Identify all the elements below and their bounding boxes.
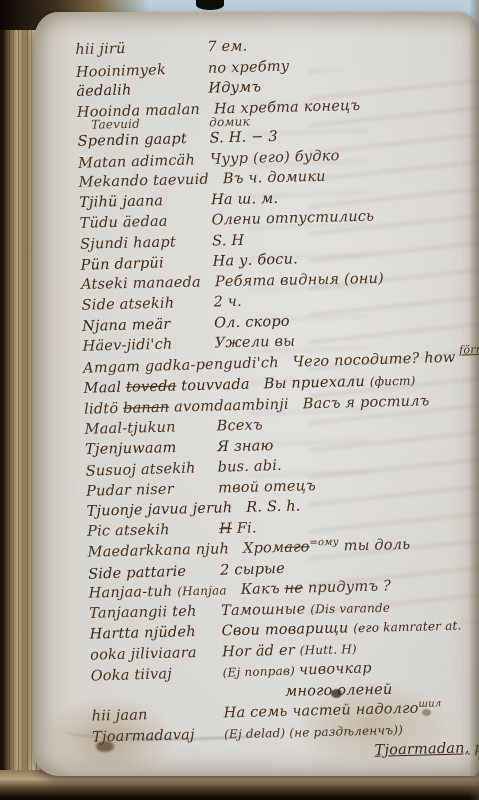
text-segment: аго xyxy=(284,539,310,556)
text-segment: Susuoj atsekih xyxy=(85,460,195,479)
word-original: Tanjaangii teh xyxy=(89,601,207,624)
text-segment: S. H. − 3 xyxy=(209,129,278,147)
text-segment: Tjoarmadavaj xyxy=(92,727,195,746)
text-segment: Matan adimcäh xyxy=(78,152,195,171)
word-gloss: Чуур (его) будко xyxy=(210,146,340,170)
word-original: Tüdu äedaa xyxy=(79,211,197,234)
text-segment: твой отецъ xyxy=(218,478,316,496)
word-gloss: bus. abi. xyxy=(217,456,282,478)
text-segment: lidtö xyxy=(84,400,123,417)
text-segment: Hartta njüdeh xyxy=(89,624,195,643)
word-gloss: Идумъ xyxy=(208,77,261,99)
word-gloss: много оленей xyxy=(285,679,393,702)
text-segment: 2 сырые xyxy=(220,560,285,578)
text-segment: Tjihü jaana xyxy=(79,193,163,211)
text-segment: 7 ем. xyxy=(207,39,247,56)
word-gloss: 2 ч. xyxy=(213,292,242,313)
text-segment: Ужели вы xyxy=(214,334,295,352)
word-original: Häev-jidi'ch xyxy=(82,334,200,357)
text-segment: Ребята видныя (они) xyxy=(215,270,384,289)
text-segment: Häev-jidi'ch xyxy=(82,337,172,355)
text-segment: (фист) xyxy=(370,374,416,389)
text-segment: Tjenjuwaam xyxy=(85,440,177,458)
text-segment: Njana meär xyxy=(82,316,171,334)
page-edge-right-shadow xyxy=(469,0,479,800)
text-segment: (Hanjaa xyxy=(177,583,227,598)
text-segment: чивочкар xyxy=(299,660,372,678)
text-segment: Идумъ xyxy=(208,79,261,96)
text-segment: Pudar niser xyxy=(86,481,174,499)
word-gloss: твой отецъ xyxy=(218,476,316,499)
text-segment: Maal xyxy=(83,380,126,397)
handwritten-entries: hii jirü 7 ем. Hooinimyek по хребту äeda… xyxy=(75,31,479,768)
text-segment: по хребту xyxy=(208,58,290,76)
word-original: Atseki manaeda xyxy=(81,272,201,295)
text-segment: Всехъ xyxy=(216,417,263,434)
text-segment: придутъ ? xyxy=(303,578,391,596)
text-segment: Maedarkkana njuh xyxy=(87,541,229,560)
word-gloss: Тамошные (Dis varande xyxy=(221,597,390,621)
word-original: Hooinimyek xyxy=(76,59,195,83)
word-gloss: домик xyxy=(209,116,250,129)
text-segment: touvvada xyxy=(176,377,250,395)
text-segment: Amgam gadka-pengudi'ch xyxy=(83,354,279,376)
word-gloss: Ол. скоро xyxy=(214,311,290,333)
word-gloss: H Fi. xyxy=(219,518,257,539)
text-segment: На у. боси. xyxy=(212,251,298,270)
text-segment: домик xyxy=(209,115,250,130)
text-segment: Hanjaa-tuh xyxy=(88,584,177,602)
text-segment: ты доль xyxy=(339,537,411,555)
text-segment: (его kamrater at. xyxy=(353,619,462,636)
word-original: Hartta njüdeh xyxy=(89,622,207,645)
text-segment: banan xyxy=(123,399,170,416)
text-segment: (Ej delad) (не раздѣленчъ)) xyxy=(224,723,403,741)
word-original: Maedarkkana njuh xyxy=(87,539,229,563)
text-segment: Тамошные xyxy=(221,601,310,619)
word-original: Sjundi haapt xyxy=(80,231,198,254)
text-segment: toveda xyxy=(126,378,177,395)
word-gloss: R. S. h. xyxy=(246,496,301,518)
text-segment: Tanjaangii teh xyxy=(89,603,197,621)
text-segment: Tjuonje javua jeruh xyxy=(86,500,232,520)
text-segment: R. S. h. xyxy=(246,498,301,515)
text-segment: Tjoarmadan, xyxy=(374,740,469,758)
text-segment: Вы приехали xyxy=(264,374,370,393)
word-gloss: 7 ем. xyxy=(207,37,247,58)
text-segment: Side pattarie xyxy=(88,563,186,582)
word-original: hii jaan xyxy=(91,704,209,727)
text-segment: Я знаю xyxy=(217,438,274,455)
text-segment: не xyxy=(284,580,303,596)
text-segment: Pic atsekih xyxy=(87,522,170,540)
text-segment: =ому xyxy=(309,537,339,549)
text-segment: На семь частей надолго xyxy=(223,701,418,722)
manuscript-page: hii jirü 7 ем. Hooinimyek по хребту äeda… xyxy=(34,12,479,776)
manuscript-photograph: hii jirü 7 ем. Hooinimyek по хребту äeda… xyxy=(0,0,479,800)
word-gloss: На у. боси. xyxy=(212,249,298,272)
text-segment: Mekando taevuid xyxy=(78,172,209,191)
text-segment: Ол. скоро xyxy=(214,313,290,331)
word-original: Taevuid xyxy=(91,117,195,131)
text-segment: много оленей xyxy=(285,681,393,699)
word-original xyxy=(242,741,360,764)
word-original: Side atsekih xyxy=(81,293,199,316)
word-gloss: Въ ч. домики xyxy=(223,167,326,190)
text-segment: Какъ xyxy=(241,581,285,598)
word-original: Tjenjuwaam xyxy=(85,437,203,460)
word-gloss: Tjoarmadan, раздѣлно xyxy=(374,736,479,761)
word-original: Matan adimcäh xyxy=(78,150,197,174)
word-original: Pic atsekih xyxy=(87,519,205,542)
text-segment: hii jirü xyxy=(75,41,126,58)
word-gloss: (Ej поправ) чивочкар xyxy=(222,658,372,683)
text-segment: hii jaan xyxy=(91,707,147,724)
text-segment: Sjundi haapt xyxy=(80,234,176,252)
word-original: Side pattarie xyxy=(88,561,207,585)
text-segment: шил xyxy=(418,698,441,710)
word-gloss: На ш. м. xyxy=(211,188,278,210)
text-segment: bus. abi. xyxy=(217,458,282,476)
text-segment: Олени отпустились xyxy=(211,209,374,229)
word-gloss: Я знаю xyxy=(217,436,274,458)
text-segment: (Hutt. H) xyxy=(300,642,357,657)
text-segment: Tüdu äedaa xyxy=(79,214,167,232)
text-segment: (Dis varande xyxy=(310,600,390,616)
text-segment: Ooka tiivaj xyxy=(90,666,172,684)
text-segment: (Ej поправ) xyxy=(222,663,299,679)
word-original: Tjihü jaana xyxy=(79,190,197,213)
text-segment: Чуур (его) будко xyxy=(210,148,340,168)
text-segment: Side atsekih xyxy=(81,295,174,313)
text-segment: Свои товарищи xyxy=(221,620,353,639)
text-segment: H xyxy=(219,520,232,536)
text-segment: S. H xyxy=(212,232,244,249)
word-original: Njana meär xyxy=(82,313,200,336)
text-segment: Hor äd er xyxy=(222,642,300,660)
word-gloss: Ужели вы xyxy=(214,332,295,354)
word-original xyxy=(153,682,271,705)
text-segment: avomdaambinji xyxy=(169,396,289,415)
text-segment: äedalih xyxy=(76,82,132,99)
text-segment: Въ ч. домики xyxy=(223,169,326,188)
text-segment: Atseki manaeda xyxy=(81,274,201,292)
word-gloss: 2 сырые xyxy=(220,558,285,580)
word-gloss: S. H xyxy=(212,230,245,251)
text-segment: Васъ я ростилъ xyxy=(303,393,430,412)
text-segment: Fi. xyxy=(232,520,257,536)
word-original: Susuoj atsekih xyxy=(85,458,204,482)
text-segment: Taevuid xyxy=(91,117,140,132)
text-segment: ooka jiliviaara xyxy=(90,645,197,664)
word-original: hii jirü xyxy=(75,38,193,61)
word-original: Spendin gaapt xyxy=(77,129,195,152)
word-original: Maal-tjukun xyxy=(84,417,202,440)
text-segment: На ш. м. xyxy=(211,190,278,207)
word-gloss: Ребята видныя (они) xyxy=(215,268,384,292)
text-segment: Spendin gaapt xyxy=(77,131,187,150)
text-segment: Pün darpüi xyxy=(80,255,164,273)
word-gloss: по хребту xyxy=(208,56,290,79)
word-gloss: S. H. − 3 xyxy=(209,127,278,149)
word-gloss: Всехъ xyxy=(216,415,263,437)
text-segment: 2 ч. xyxy=(213,294,242,311)
word-gloss: Васъ я ростилъ xyxy=(302,391,429,415)
text-segment: Чего посодите? how xyxy=(292,349,455,370)
word-original: ooka jiliviaara xyxy=(90,642,208,665)
word-original: Pudar niser xyxy=(86,478,204,501)
word-original: Tjoarmadavaj xyxy=(92,724,210,747)
dark-notch-mark xyxy=(196,0,224,10)
text-segment: Hooinimyek xyxy=(76,62,166,81)
text-segment: Maal-tjukun xyxy=(84,419,175,437)
text-segment: Хром xyxy=(243,540,285,557)
